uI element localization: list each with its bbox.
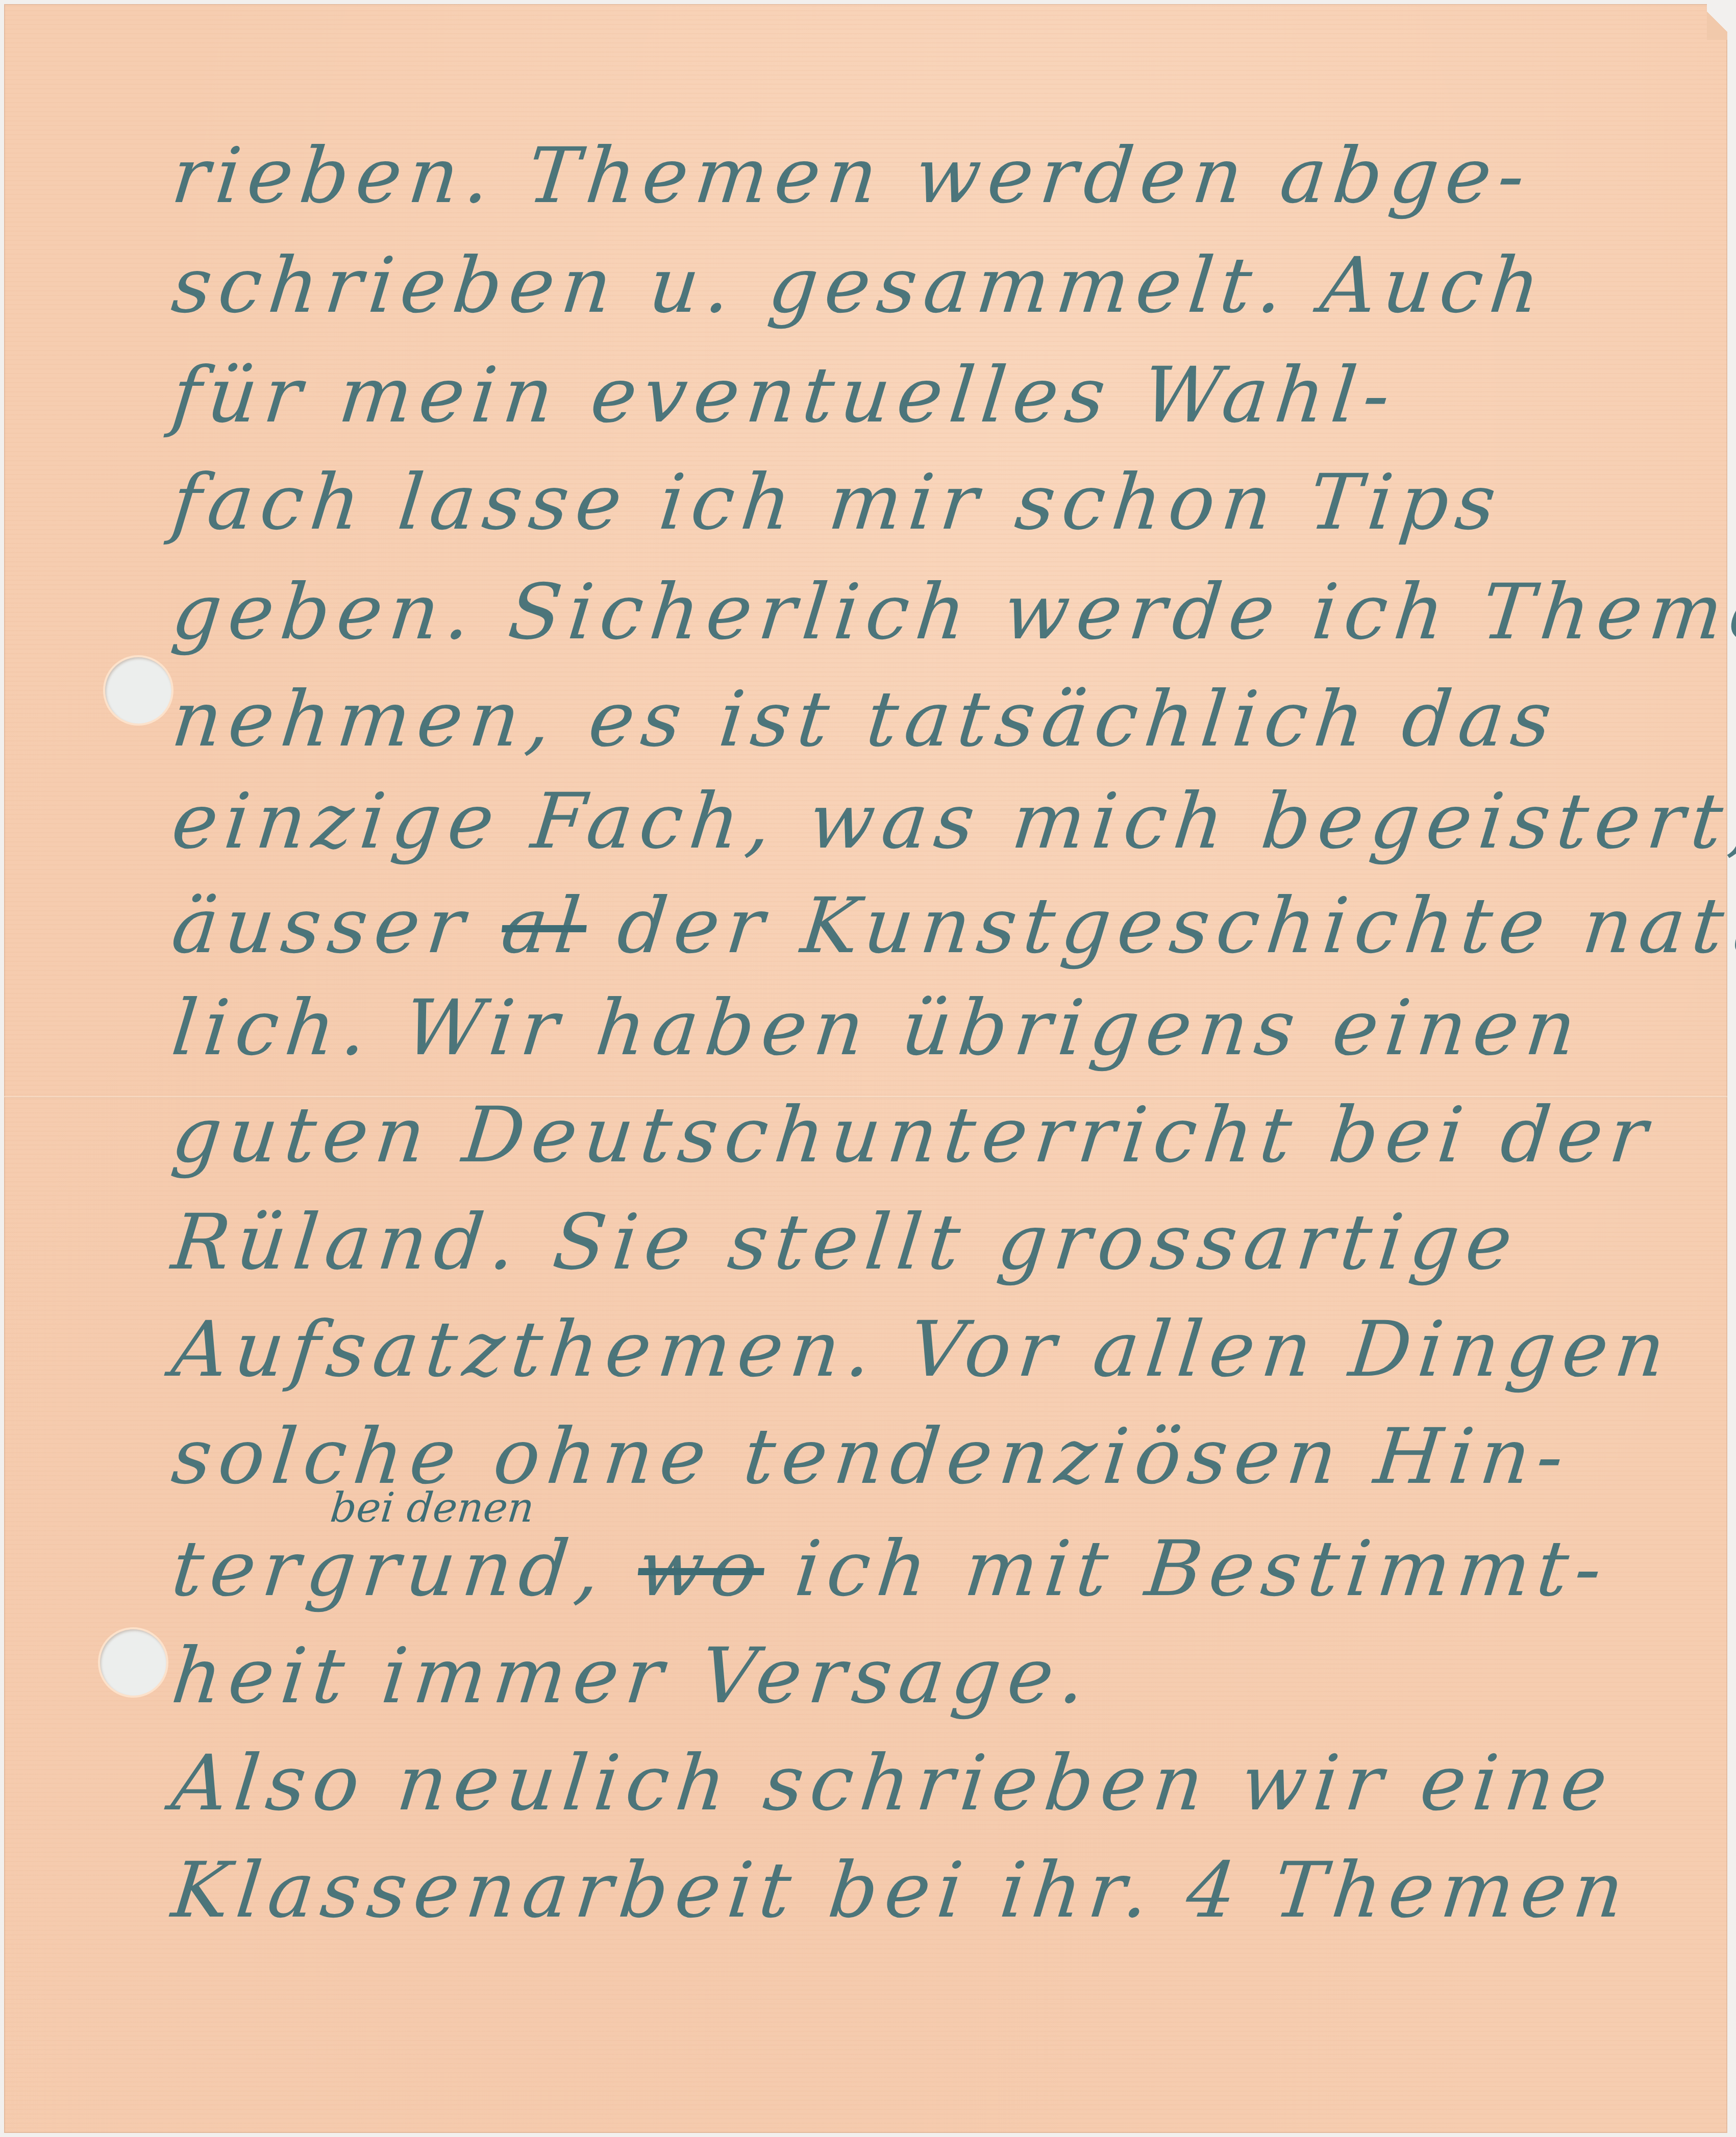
text-line-15: heit immer Versage.: [168, 1632, 1097, 1721]
letter-paper: rieben. Themen werden abge- schrieben u.…: [4, 4, 1727, 2133]
punch-hole-top: [105, 657, 171, 724]
text-line-1: rieben. Themen werden abge-: [168, 132, 1536, 220]
text-line-17: Klassenarbeit bei ihr. 4 Themen: [168, 1846, 1635, 1935]
text-line-5: geben. Sicherlich werde ich Theme: [168, 568, 1736, 657]
text-line-7: einzige Fach, was mich begeistert,: [168, 777, 1736, 866]
text-line-4: fach lasse ich mir schon Tips: [168, 458, 1507, 547]
text-line-9: lich. Wir haben übrigens einen: [168, 984, 1587, 1073]
text-line-10: guten Deutschunterricht bei der: [168, 1091, 1658, 1180]
text-line-3: für mein eventuelles Wahl-: [168, 351, 1401, 440]
text-line-12: Aufsatzthemen. Vor allen Dingen: [168, 1305, 1676, 1394]
punch-hole-bottom: [100, 1629, 166, 1696]
text-line-2: schrieben u. gesammelt. Auch: [168, 241, 1551, 330]
struck-through-word: wo: [634, 1525, 769, 1613]
text-segment: ich mit Bestimmt-: [760, 1525, 1613, 1613]
text-segment: äusser: [168, 882, 507, 971]
text-segment: tergrund,: [168, 1525, 643, 1613]
text-segment: der Kunstgeschichte natür-: [582, 882, 1736, 971]
text-line-8: äusser al der Kunstgeschichte natür-: [168, 882, 1736, 971]
struck-through-word: al: [498, 882, 591, 971]
text-line-6: nehmen, es ist tatsächlich das: [168, 675, 1563, 764]
text-line-14: tergrund, wo ich mit Bestimmt-: [168, 1525, 1613, 1613]
text-line-16: Also neulich schrieben wir eine: [168, 1739, 1619, 1828]
text-line-11: Rüland. Sie stellt grossartige: [168, 1198, 1524, 1287]
folded-corner: [1707, 4, 1727, 40]
